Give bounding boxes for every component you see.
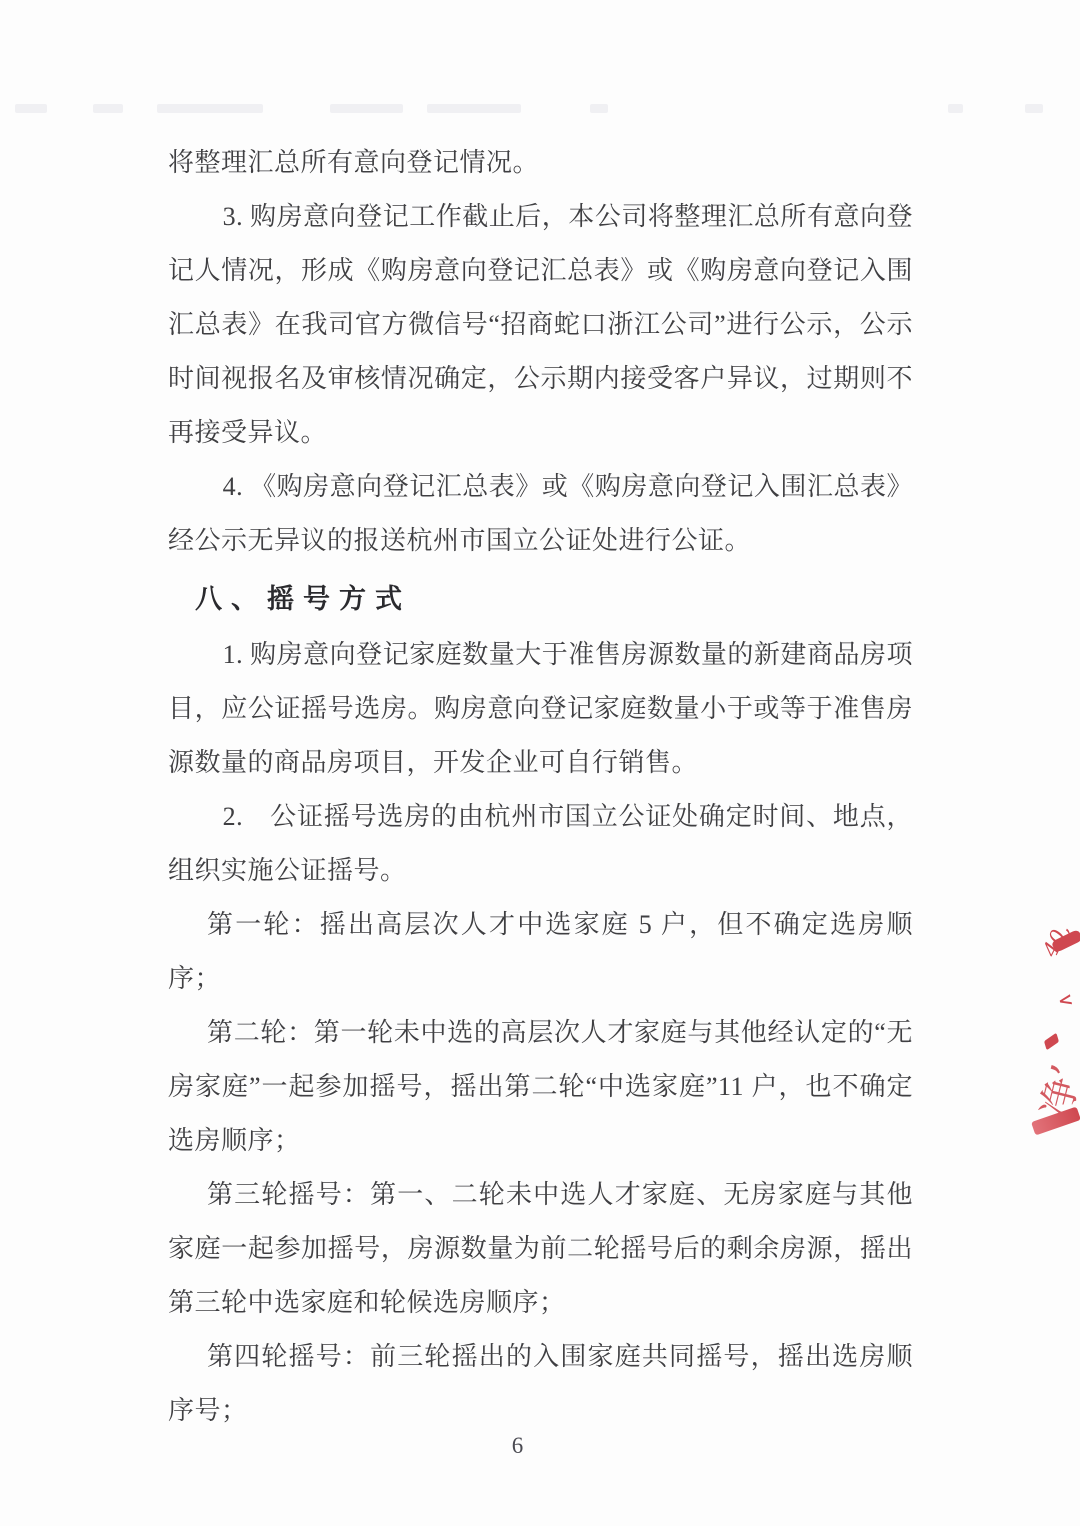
paragraph-round-3: 第三轮摇号：第一、二轮未中选人才家庭、无房家庭与其他家庭一起参加摇号，房源数量为…: [168, 1168, 913, 1330]
scan-artifact: [157, 104, 263, 113]
scan-artifact: [1025, 104, 1043, 113]
scan-artifact: [427, 104, 521, 113]
paragraph-round-4: 第四轮摇号：前三轮摇出的入围家庭共同摇号，摇出选房顺序号；: [168, 1330, 913, 1438]
red-check-mark: <: [1056, 989, 1075, 1013]
section-heading-lottery-method: 八、摇号方式: [168, 572, 913, 626]
document-body: 将整理汇总所有意向登记情况。 3. 购房意向登记工作截止后，本公司将整理汇总所有…: [168, 136, 913, 1438]
paragraph-round-1: 第一轮：摇出高层次人才中选家庭 5 户，但不确定选房顺序；: [168, 898, 913, 1006]
scan-artifact: [948, 104, 963, 113]
scan-artifact: [590, 104, 608, 113]
paragraph-item-1: 1. 购房意向登记家庭数量大于准售房源数量的新建商品房项目，应公证摇号选房。购房…: [168, 628, 913, 790]
document-page: 将整理汇总所有意向登记情况。 3. 购房意向登记工作截止后，本公司将整理汇总所有…: [0, 0, 1080, 1526]
red-mark-triangle: [1044, 1033, 1059, 1051]
paragraph-item-3: 3. 购房意向登记工作截止后，本公司将整理汇总所有意向登记人情况，形成《购房意向…: [168, 190, 913, 460]
scan-artifact: [93, 104, 123, 113]
red-handwriting-fragment: 40,: [1038, 920, 1074, 961]
scan-artifact: [330, 104, 403, 113]
paragraph-round-2: 第二轮：第一轮未中选的高层次人才家庭与其他经认定的“无房家庭”一起参加摇号，摇出…: [168, 1006, 913, 1168]
paragraph-item-2: 2. 公证摇号选房的由杭州市国立公证处确定时间、地点，组织实施公证摇号。: [168, 790, 913, 898]
scan-artifact: [15, 104, 47, 113]
paragraph-continuation: 将整理汇总所有意向登记情况。: [168, 136, 913, 190]
page-number: 6: [468, 1433, 568, 1459]
paragraph-item-4: 4. 《购房意向登记汇总表》或《购房意向登记入围汇总表》经公示无异议的报送杭州市…: [168, 460, 913, 568]
